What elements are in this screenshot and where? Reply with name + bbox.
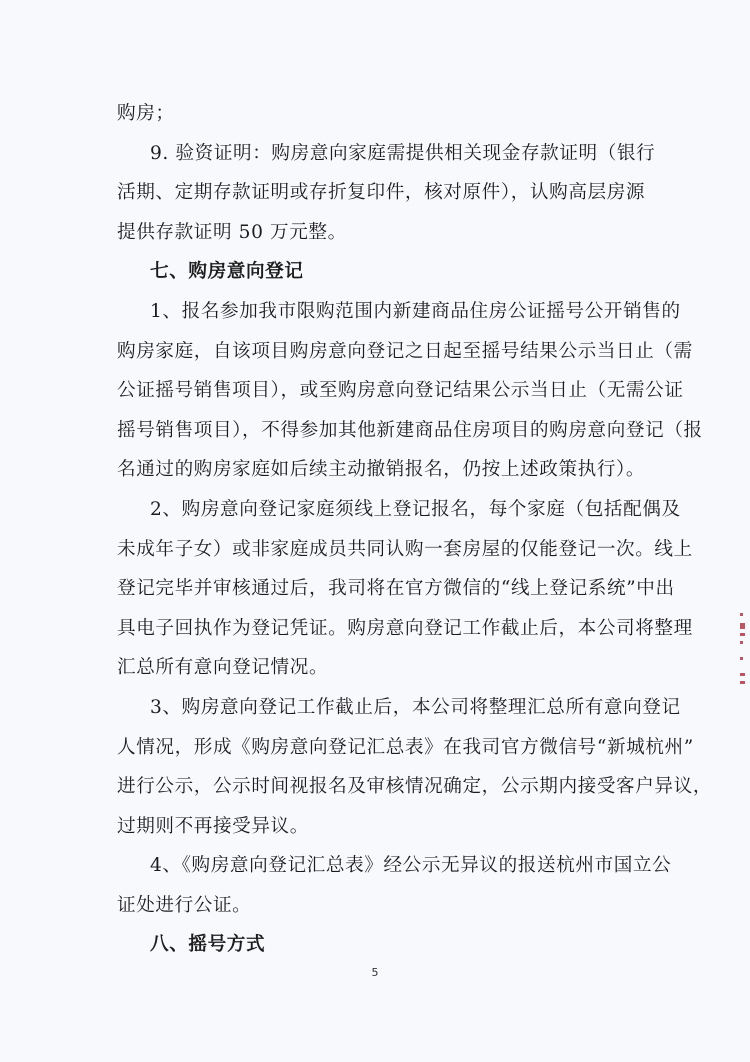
document-body: 购房； 9. 验资证明：购房意向家庭需提供相关现金存款证明（银行 活期、定期存款… — [117, 94, 643, 965]
text-line: 提供存款证明 50 万元整。 — [117, 213, 643, 253]
text-line: 进行公示，公示时间视报名及审核情况确定，公示期内接受客户异议， — [117, 767, 643, 807]
paragraph-2-line: 2、购房意向登记家庭须线上登记报名，每个家庭（包括配偶及 — [117, 490, 643, 530]
page-number: 5 — [0, 966, 750, 979]
text-line: 摇号销售项目），不得参加其他新建商品住房项目的购房意向登记（报 — [117, 411, 643, 451]
paragraph-4-line: 4、《购房意向登记汇总表》经公示无异议的报送杭州市国立公 — [117, 846, 643, 886]
text-line: 购房； — [117, 94, 643, 134]
text-line: 未成年子女）或非家庭成员共同认购一套房屋的仅能登记一次。线上 — [117, 530, 643, 570]
text-line: 公证摇号销售项目），或至购房意向登记结果公示当日止（无需公证 — [117, 371, 643, 411]
text-line: 人情况，形成《购房意向登记汇总表》在我司官方微信号“新城杭州” — [117, 728, 643, 768]
paragraph-item-9-line: 9. 验资证明：购房意向家庭需提供相关现金存款证明（银行 — [117, 134, 643, 174]
section-heading-7: 七、购房意向登记 — [117, 252, 643, 292]
text-line: 登记完毕并审核通过后，我司将在官方微信的“线上登记系统”中出 — [117, 569, 643, 609]
text-line: 活期、定期存款证明或存折复印件，核对原件），认购高层房源 — [117, 173, 643, 213]
section-heading-8: 八、摇号方式 — [117, 925, 643, 965]
paragraph-3-line: 3、购房意向登记工作截止后，本公司将整理汇总所有意向登记 — [117, 688, 643, 728]
text-line: 购房家庭，自该项目购房意向登记之日起至摇号结果公示当日止（需 — [117, 332, 643, 372]
document-page: 购房； 9. 验资证明：购房意向家庭需提供相关现金存款证明（银行 活期、定期存款… — [0, 0, 750, 1062]
seal-stamp-edge-icon — [740, 605, 748, 705]
text-line: 证处进行公证。 — [117, 886, 643, 926]
paragraph-1-line: 1、报名参加我市限购范围内新建商品住房公证摇号公开销售的 — [117, 292, 643, 332]
text-line: 汇总所有意向登记情况。 — [117, 648, 643, 688]
text-line: 过期则不再接受异议。 — [117, 807, 643, 847]
text-line: 名通过的购房家庭如后续主动撤销报名，仍按上述政策执行）。 — [117, 450, 643, 490]
text-line: 具电子回执作为登记凭证。购房意向登记工作截止后，本公司将整理 — [117, 609, 643, 649]
